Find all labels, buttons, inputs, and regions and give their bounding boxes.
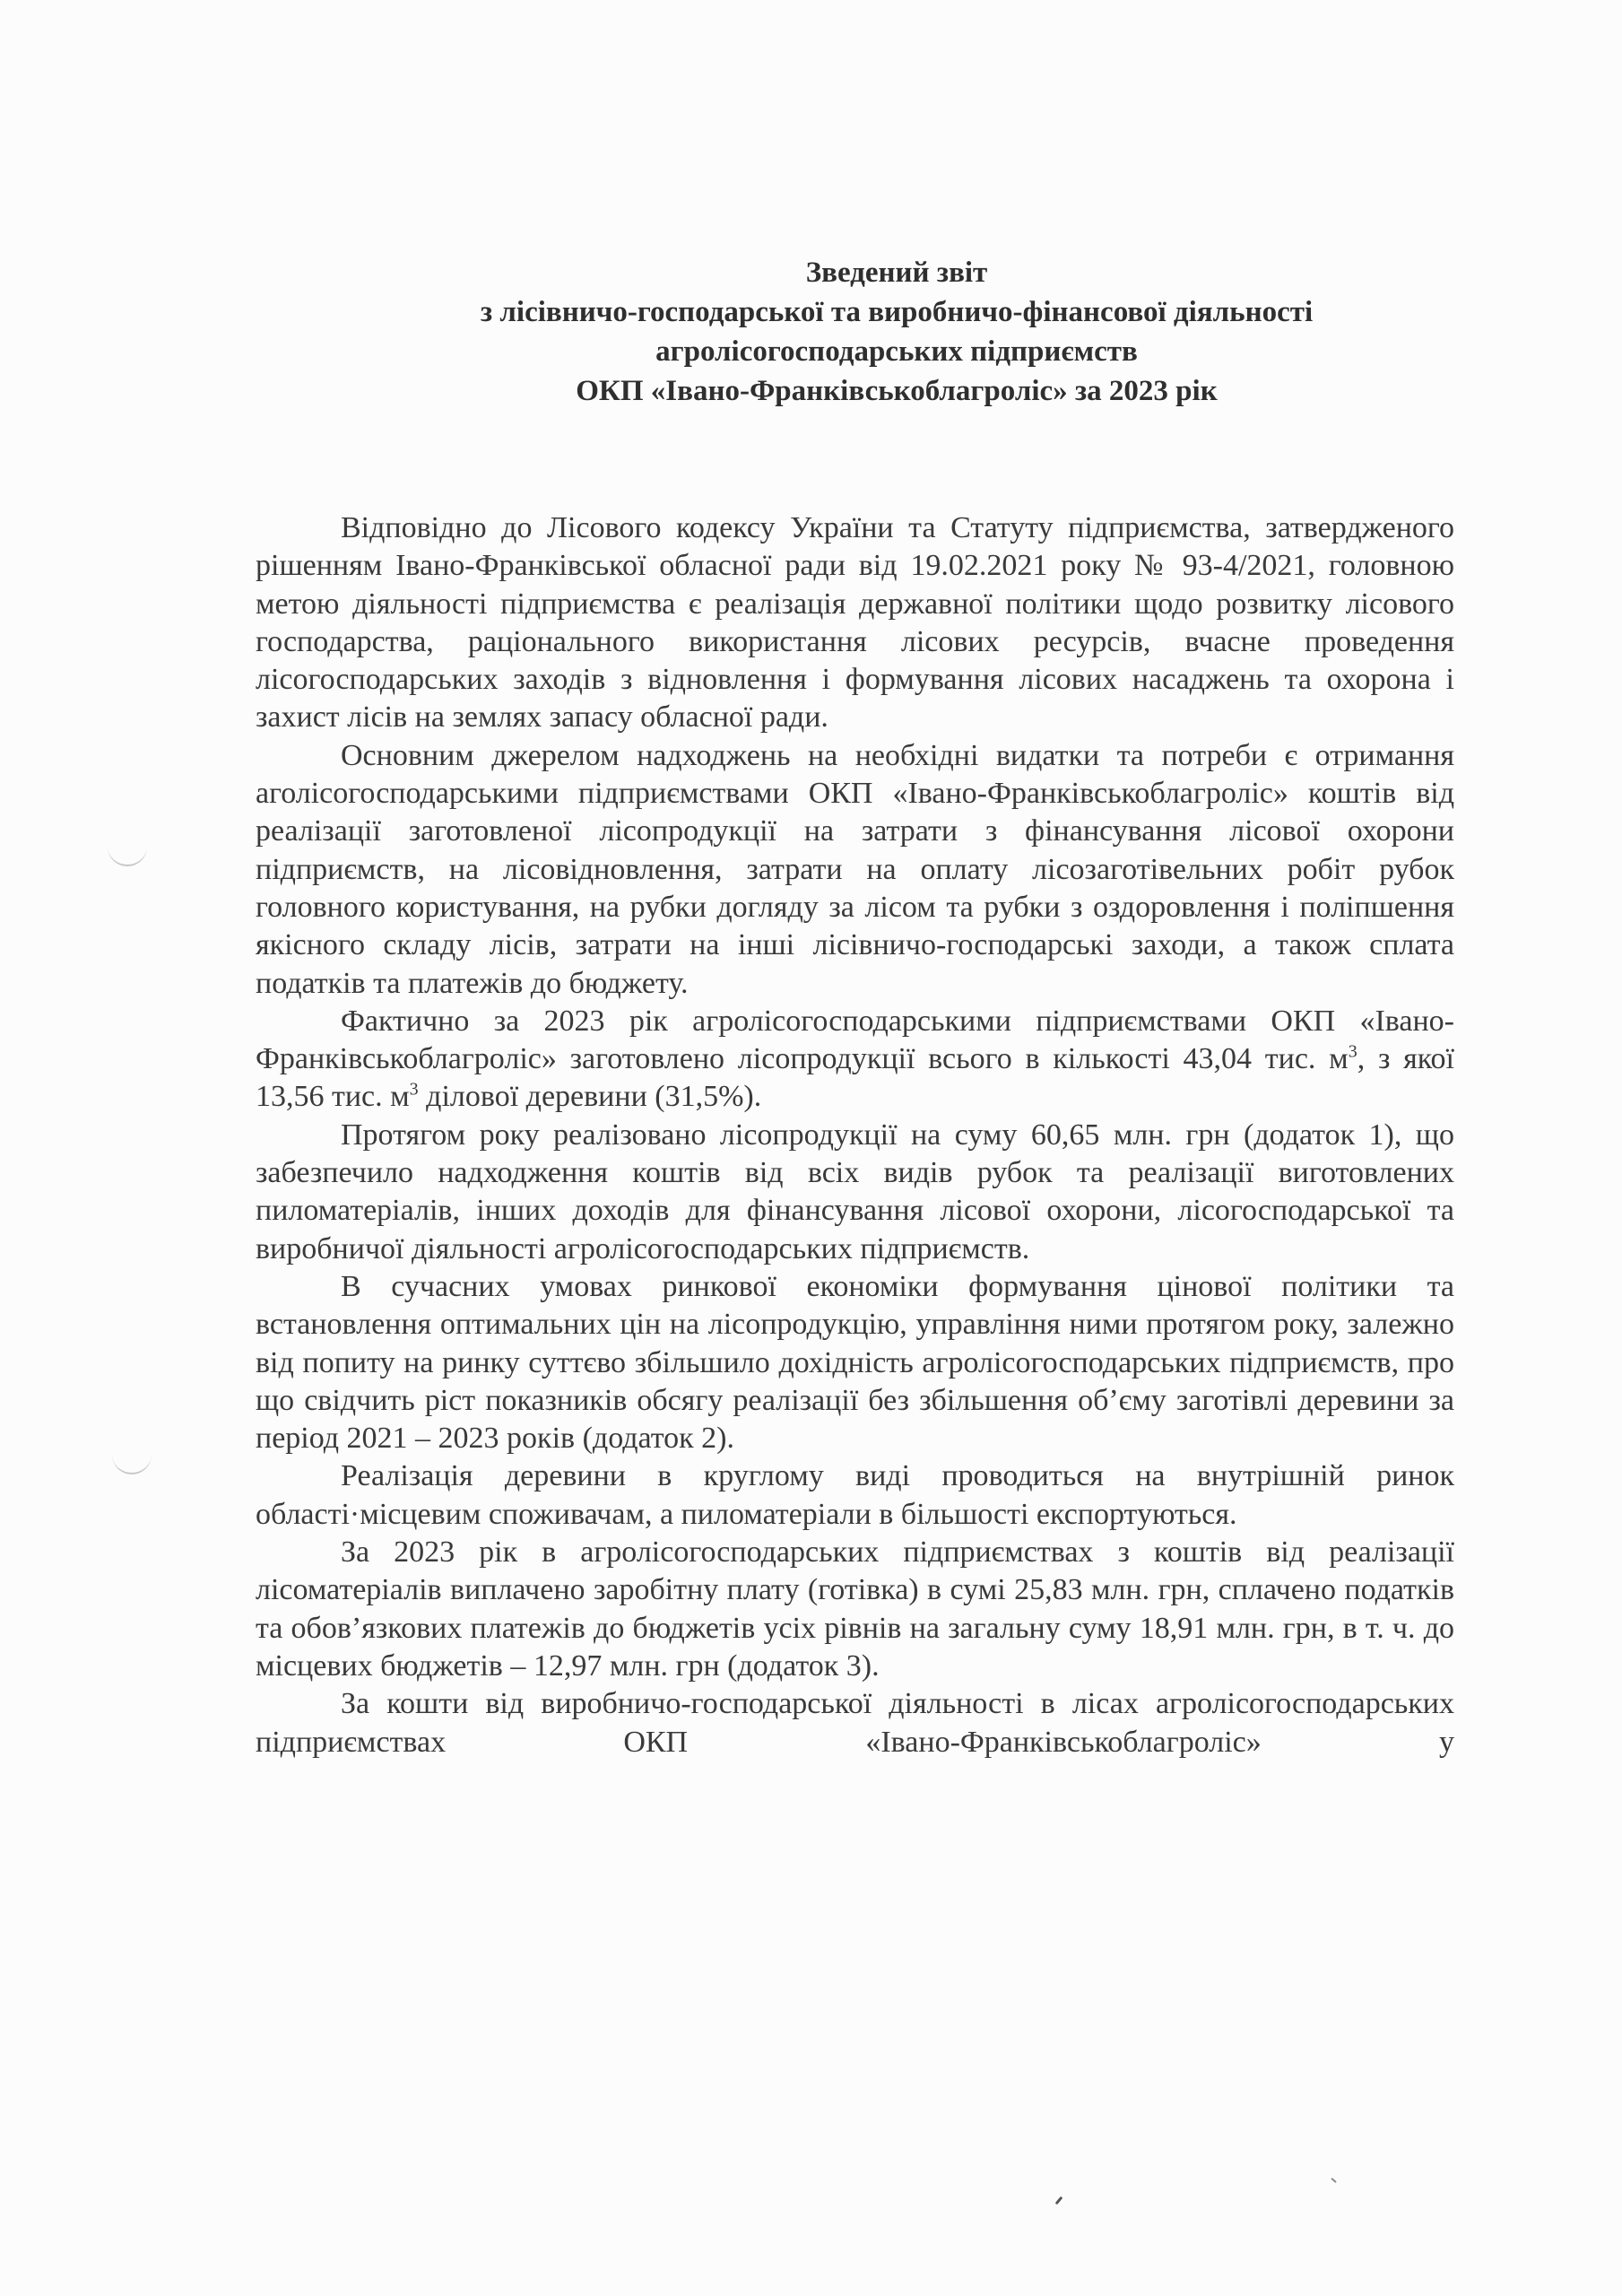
scan-artifact-mark bbox=[1055, 2196, 1063, 2205]
paragraph-mission: Відповідно до Лісового кодексу України т… bbox=[256, 509, 1454, 737]
title-line-1: Зведений звіт bbox=[341, 253, 1453, 292]
harvest-text-1: Фактично за 2023 рік агролісогосподарськ… bbox=[256, 1004, 1454, 1075]
paragraph-salary-taxes: За 2023 рік в агролісогосподарських підп… bbox=[256, 1534, 1454, 1685]
document-page: Зведений звіт з лісівничо-господарської … bbox=[0, 0, 1622, 2296]
paragraph-pricing-policy: В сучасних умовах ринкової економіки фор… bbox=[256, 1268, 1454, 1457]
title-line-3: агролісогосподарських підприємств bbox=[341, 332, 1453, 371]
harvest-text-3: ділової деревини (31,5%). bbox=[419, 1080, 762, 1113]
punch-hole-mark bbox=[108, 845, 147, 866]
paragraph-funding-sources: Основним джерелом надходжень на необхідн… bbox=[256, 737, 1454, 1003]
document-body: Відповідно до Лісового кодексу України т… bbox=[256, 509, 1454, 1761]
cubic-superscript: 3 bbox=[410, 1080, 419, 1100]
document-title: Зведений звіт з лісівничо-господарської … bbox=[341, 253, 1453, 411]
punch-hole-mark bbox=[112, 1453, 152, 1474]
cubic-superscript: 3 bbox=[1349, 1042, 1357, 1062]
scan-artifact-mark bbox=[1331, 2178, 1337, 2183]
paragraph-markets: Реалізація деревини в круглому виді пров… bbox=[256, 1457, 1454, 1534]
paragraph-sales: Протягом року реалізовано лісопродукції … bbox=[256, 1117, 1454, 1268]
paragraph-harvest-volume: Фактично за 2023 рік агролісогосподарськ… bbox=[256, 1003, 1454, 1117]
paragraph-continued: За кошти від виробничо-господарської дія… bbox=[256, 1685, 1454, 1761]
title-line-4: ОКП «Івано-Франківськоблагроліс» за 2023… bbox=[341, 371, 1453, 411]
title-line-2: з лісівничо-господарської та виробничо-ф… bbox=[341, 292, 1453, 332]
